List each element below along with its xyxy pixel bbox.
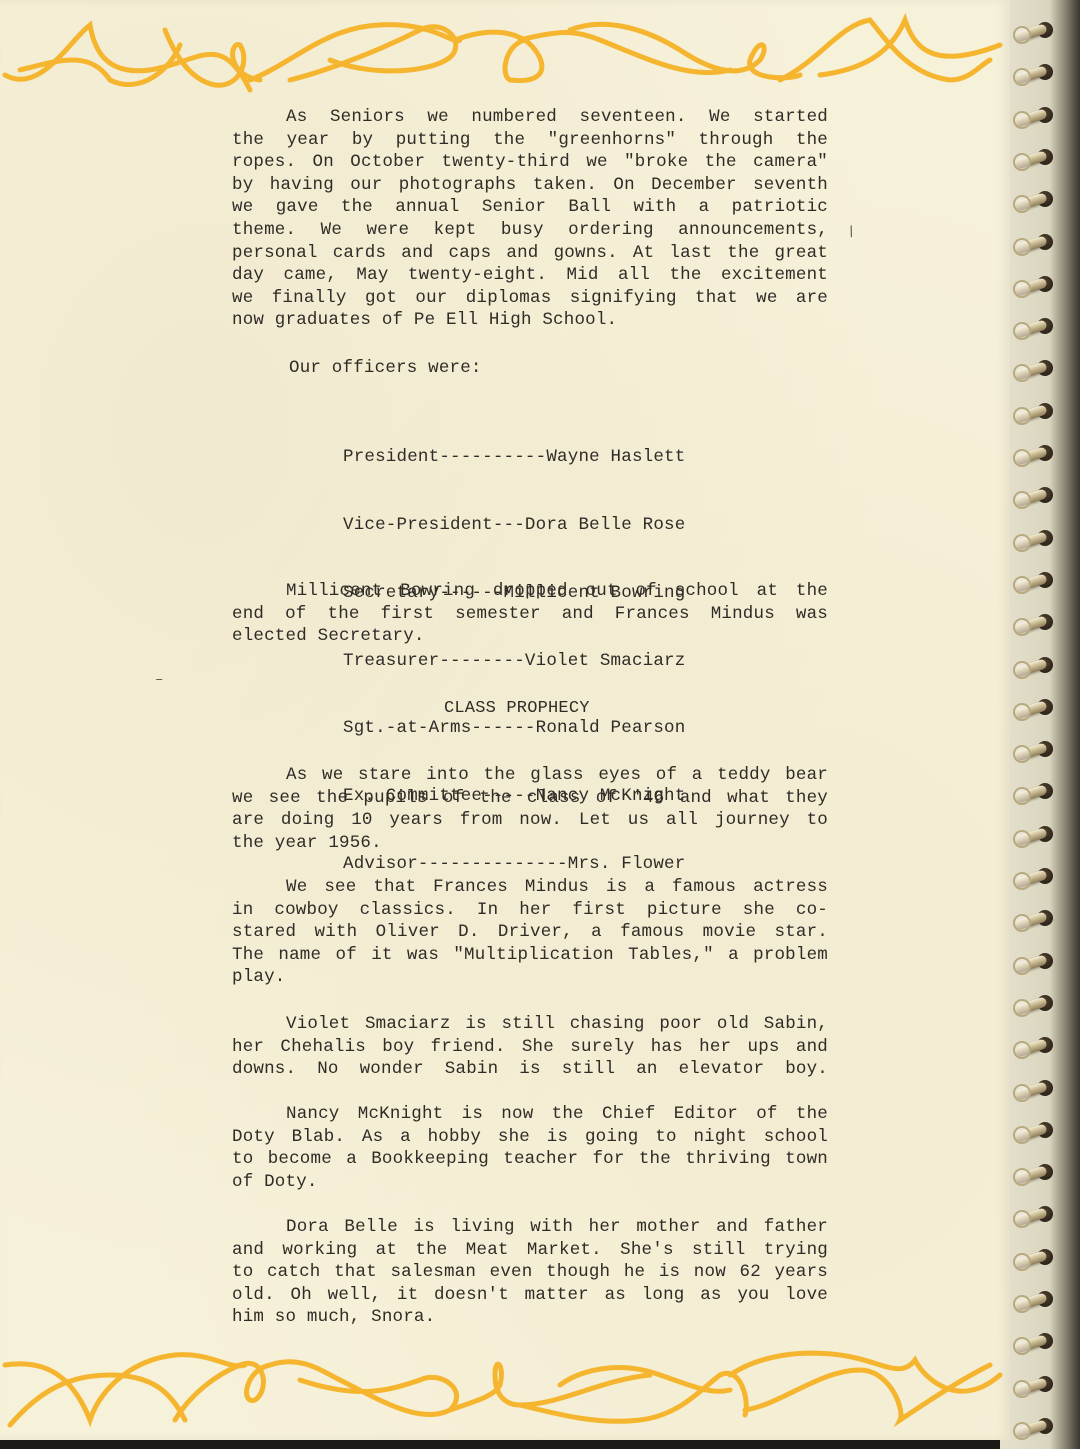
- stray-mark: /: [845, 224, 860, 242]
- binding-coil-icon: [1013, 953, 1057, 975]
- prophecy-paragraph-4: Nancy McKnight is now the Chief Editor o…: [232, 1103, 828, 1193]
- binding-coil-icon: [1013, 657, 1057, 679]
- text-line: Violet Smaciarz is still chasing poor ol…: [232, 1013, 828, 1036]
- binding-coil-icon: [1013, 1206, 1057, 1228]
- text-line: of Doty.: [232, 1171, 828, 1194]
- binding-coil-icon: [1013, 276, 1057, 298]
- binding-coil-icon: [1013, 783, 1057, 805]
- binding-coil-icon: [1013, 445, 1057, 467]
- binding-coil-icon: [1013, 868, 1057, 890]
- binding-coil-icon: [1013, 234, 1057, 256]
- text-line: stared with Oliver D. Driver, a famous m…: [232, 921, 828, 944]
- text-line: Millicent Bowring dropped out of school …: [232, 580, 828, 603]
- text-line: end of the first semester and Frances Mi…: [232, 603, 828, 626]
- officer-row: Advisor--------------Mrs. Flower: [343, 853, 685, 876]
- text-line: and working at the Meat Market. She's st…: [232, 1239, 828, 1262]
- officer-row: Vice-President---Dora Belle Rose: [343, 514, 685, 537]
- text-line: Doty Blab. As a hobby she is going to ni…: [232, 1126, 828, 1149]
- binding-coil-icon: [1013, 1418, 1057, 1440]
- text-line: in cowboy classics. In her first picture…: [232, 899, 828, 922]
- text-line: Dora Belle is living with her mother and…: [232, 1216, 828, 1239]
- binding-coil-icon: [1013, 572, 1057, 594]
- officer-row: President----------Wayne Haslett: [343, 446, 685, 469]
- text-line: are doing 10 years from now. Let us all …: [232, 809, 828, 832]
- text-line: old. Oh well, it doesn't matter as long …: [232, 1284, 828, 1307]
- binding-coil-icon: [1013, 360, 1057, 382]
- officer-row: Treasurer--------Violet Smaciarz: [343, 650, 685, 673]
- binding-coil-icon: [1013, 64, 1057, 86]
- text-line: now graduates of Pe Ell High School.: [232, 309, 828, 332]
- text-line: play.: [232, 966, 828, 989]
- officer-row: Sgt.-at-Arms------Ronald Pearson: [343, 717, 685, 740]
- text-line: to catch that salesman even though he is…: [232, 1261, 828, 1284]
- prophecy-paragraph-5: Dora Belle is living with her mother and…: [232, 1216, 828, 1329]
- secretary-note: Millicent Bowring dropped out of school …: [232, 580, 828, 648]
- binding-coil-icon: [1013, 149, 1057, 171]
- senior-paragraph: As Seniors we numbered seventeen. We sta…: [232, 106, 828, 332]
- ornamental-border-top: [0, 0, 1010, 110]
- binding-coil-icon: [1013, 1333, 1057, 1355]
- prophecy-paragraph-3: Violet Smaciarz is still chasing poor ol…: [232, 1013, 828, 1081]
- prophecy-heading: CLASS PROPHECY: [444, 698, 590, 721]
- text-line: ropes. On October twenty-third we "broke…: [232, 151, 828, 174]
- binding-coil-icon: [1013, 191, 1057, 213]
- binding-coil-icon: [1013, 403, 1057, 425]
- binding-coil-icon: [1013, 1291, 1057, 1313]
- binding-coil-icon: [1013, 487, 1057, 509]
- text-line: we gave the annual Senior Ball with a pa…: [232, 196, 828, 219]
- prophecy-paragraph-2: We see that Frances Mindus is a famous a…: [232, 876, 828, 989]
- text-line: The name of it was "Multiplication Table…: [232, 944, 828, 967]
- binding-coil-icon: [1013, 1164, 1057, 1186]
- text-line: the year by putting the "greenhorns" thr…: [232, 129, 828, 152]
- binding-coil-icon: [1013, 107, 1057, 129]
- binding-coil-icon: [1013, 741, 1057, 763]
- text-line: Nancy McKnight is now the Chief Editor o…: [232, 1103, 828, 1126]
- text-line: As Seniors we numbered seventeen. We sta…: [232, 106, 828, 129]
- text-line: to become a Bookkeeping teacher for the …: [232, 1148, 828, 1171]
- yearbook-page: As Seniors we numbered seventeen. We sta…: [0, 0, 1010, 1440]
- binding-coil-icon: [1013, 1376, 1057, 1398]
- text-line: him so much, Snora.: [232, 1306, 828, 1329]
- text-line: theme. We were kept busy ordering announ…: [232, 219, 828, 242]
- binding-coil-icon: [1013, 1249, 1057, 1271]
- binding-coil-icon: [1013, 1122, 1057, 1144]
- text-line: elected Secretary.: [232, 625, 828, 648]
- binding-coil-icon: [1013, 699, 1057, 721]
- ornamental-border-bottom: [0, 1330, 1010, 1445]
- binding-coil-icon: [1013, 1080, 1057, 1102]
- binding-coil-icon: [1013, 1037, 1057, 1059]
- binding-coil-icon: [1013, 530, 1057, 552]
- stray-mark: –: [155, 672, 163, 688]
- text-line: by having our photographs taken. On Dece…: [232, 174, 828, 197]
- spiral-binding: [1005, 0, 1065, 1449]
- binding-coil-icon: [1013, 318, 1057, 340]
- prophecy-paragraph-1: As we stare into the glass eyes of a ted…: [232, 764, 828, 854]
- text-line: we see the pupils of the class of '46 an…: [232, 787, 828, 810]
- text-line: downs. No wonder Sabin is still an eleva…: [232, 1058, 828, 1081]
- text-line: personal cards and caps and gowns. At la…: [232, 242, 828, 265]
- binding-coil-icon: [1013, 614, 1057, 636]
- officers-intro: Our officers were:: [289, 357, 482, 380]
- text-line: the year 1956.: [232, 832, 828, 855]
- text-line: we finally got our diplomas signifying t…: [232, 287, 828, 310]
- text-line: day came, May twenty-eight. Mid all the …: [232, 264, 828, 287]
- text-line: We see that Frances Mindus is a famous a…: [232, 876, 828, 899]
- binding-coil-icon: [1013, 22, 1057, 44]
- binding-coil-icon: [1013, 910, 1057, 932]
- binding-coil-icon: [1013, 826, 1057, 848]
- binding-coil-icon: [1013, 995, 1057, 1017]
- text-line: As we stare into the glass eyes of a ted…: [232, 764, 828, 787]
- text-line: her Chehalis boy friend. She surely has …: [232, 1036, 828, 1059]
